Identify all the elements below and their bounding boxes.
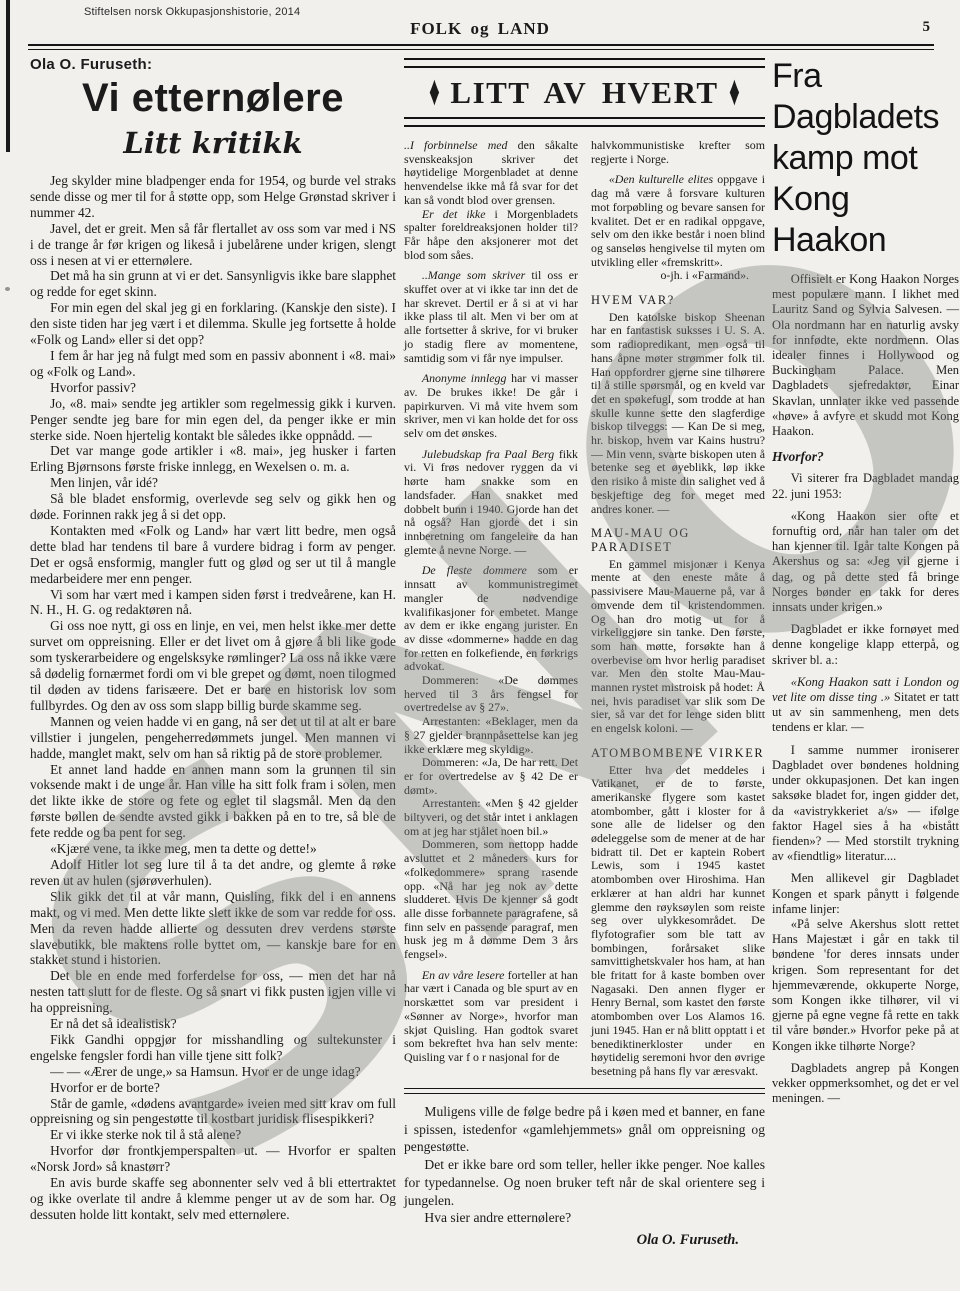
paragraph: Står de gamle, «dødens avantgarde» iveie… bbox=[30, 1096, 396, 1128]
paragraph: MAU-MAU OG PARADISET bbox=[591, 527, 765, 554]
paragraph: Hvorfor er de borte? bbox=[30, 1080, 396, 1096]
paragraph-text: For min egen del skal jeg gi en forklari… bbox=[30, 300, 396, 347]
paragraph: En av våre lesere forteller at han har v… bbox=[404, 969, 578, 1065]
footer-divider-rule bbox=[404, 1088, 765, 1094]
left-article-paragraphs: Jeg skylder mine bladpenger enda for 195… bbox=[30, 173, 396, 1223]
paragraph: Den katolske biskop Sheenan har en fanta… bbox=[591, 311, 765, 517]
paragraph-text: Hvorfor dør frontkjemperspalten ut. — Hv… bbox=[30, 1143, 396, 1174]
paragraph-lead: ..Mange som skriver bbox=[422, 268, 525, 282]
paragraph: Dommeren: «De dømmes herved til 3 års fe… bbox=[404, 674, 578, 715]
paragraph-text: ATOMBOMBENE VIRKER bbox=[591, 746, 764, 760]
paragraph: Kontakten med «Folk og Land» har vært li… bbox=[30, 523, 396, 587]
paragraph-text: oppgave i dag må være å forsvare kulture… bbox=[591, 172, 765, 268]
paragraph: o-jh. i «Farmand». bbox=[591, 269, 765, 283]
paragraph-text: Arrestanten: «Beklager, men da § 27 gjel… bbox=[404, 714, 578, 755]
paragraph-lead: «Den kulturelle elites bbox=[609, 172, 713, 186]
paragraph: Men linjen, vår idé? bbox=[30, 475, 396, 491]
paragraph: Arrestanten: «Beklager, men da § 27 gjel… bbox=[404, 715, 578, 756]
paragraph-text: Gi oss noe nytt, gi oss en linje, en vei… bbox=[30, 618, 396, 713]
paragraph: Så ble bladet ensformig, overlevde seg s… bbox=[30, 491, 396, 523]
paragraph-text: Står de gamle, «dødens avantgarde» iveie… bbox=[30, 1096, 396, 1127]
paragraph: Mannen og veien hadde vi en gang, nå ser… bbox=[30, 714, 396, 762]
paragraph: Fikk Gandhi oppgjør for misshandling og … bbox=[30, 1032, 396, 1064]
paragraph: Dommeren: «Ja, De har rett. Det er for o… bbox=[404, 756, 578, 797]
paragraph: «Den kulturelle elites oppgave i dag må … bbox=[591, 173, 765, 269]
paragraph: Arrestanten: «Men § 42 gjelder biltyveri… bbox=[404, 797, 578, 838]
paragraph-text: Dommeren: «De dømmes herved til 3 års fe… bbox=[404, 673, 578, 714]
paragraph: Er nå det så idealistisk? bbox=[30, 1016, 396, 1032]
paragraph: «Kong Haakon sier ofte et fornuftig ord,… bbox=[772, 509, 959, 615]
paragraph-text: Er vi ikke sterke nok til å stå alene? bbox=[50, 1127, 241, 1142]
paragraph: Javel, det er greit. Men så får flertall… bbox=[30, 221, 396, 269]
paragraph-text: Dommeren, som nettopp hadde avsluttet et… bbox=[404, 837, 578, 961]
article-byline: Ola O. Furuseth: bbox=[30, 56, 396, 73]
paragraph-text: fikk vi. Vi frøs nedover ryggen da vi hø… bbox=[404, 447, 578, 557]
page-number: 5 bbox=[923, 19, 931, 36]
paragraph: ATOMBOMBENE VIRKER bbox=[591, 747, 765, 761]
article-subtitle: Litt kritikk bbox=[30, 127, 396, 160]
paragraph-text: «På selve Akershus slott rettet Hans Maj… bbox=[772, 917, 959, 1053]
paragraph: Hva sier andre etternølere? bbox=[404, 1209, 765, 1227]
paragraph-text: En gammel misjonær i Kenya mente at den … bbox=[591, 557, 765, 735]
paragraph-text: HVEM VAR? bbox=[591, 293, 675, 307]
paragraph-text: Det er ikke bare ord som teller, heller … bbox=[404, 1157, 765, 1208]
paragraph: Slik gikk det til at vår mann, Quisling,… bbox=[30, 889, 396, 969]
paragraph-text: Vi siterer fra Dagbladet mandag 22. juni… bbox=[772, 471, 959, 500]
paragraph: Det må ha sin grunn at vi er det. Sansyn… bbox=[30, 268, 396, 300]
paragraph-lead: De fleste dommere bbox=[422, 563, 527, 577]
paragraph: En avis burde skaffe seg abonnenter selv… bbox=[30, 1175, 396, 1223]
paragraph-text: forteller at han har vært i Canada og bl… bbox=[404, 968, 578, 1064]
paragraph: «Kong Haakon satt i London og vet lite o… bbox=[772, 675, 959, 736]
paragraph-text: Men linjen, vår idé? bbox=[50, 475, 158, 490]
paragraph-text: Et annet land hadde en annen mann som la… bbox=[30, 762, 396, 841]
paragraph-text: Hvorfor passiv? bbox=[50, 380, 136, 395]
litt-av-hvert-section: ♦ LITT AV HVERT ♦ ..I forbinnelse med de… bbox=[404, 58, 765, 1249]
paragraph: Anonyme innlegg har vi masser av. De bru… bbox=[404, 372, 578, 441]
paragraph-text: Den katolske biskop Sheenan har en fanta… bbox=[591, 310, 765, 516]
litt-av-hvert-columns: ..I forbinnelse med den såkalte svenskea… bbox=[404, 139, 765, 1079]
paragraph: For min egen del skal jeg gi en forklari… bbox=[30, 300, 396, 348]
paragraph: Etter hva det meddeles i Vatikanet, er d… bbox=[591, 764, 765, 1079]
paragraph-text: Jo, «8. mai» sendte jeg artikler som reg… bbox=[30, 396, 396, 443]
paragraph: Er vi ikke sterke nok til å stå alene? bbox=[30, 1127, 396, 1143]
author-signature: Ola O. Furuseth. bbox=[404, 1232, 765, 1249]
paragraph-text: Så ble bladet ensformig, overlevde seg s… bbox=[30, 491, 396, 522]
paragraph-text: Hvorfor er de borte? bbox=[50, 1080, 160, 1095]
paragraph: Det ble en ende med forferdelse for oss,… bbox=[30, 968, 396, 1016]
paragraph: I samme nummer ironiserer Dagbladet over… bbox=[772, 743, 959, 865]
paragraph: — — «Ærer de unge,» sa Hamsun. Hvor er d… bbox=[30, 1064, 396, 1080]
paragraph: Et annet land hadde en annen mann som la… bbox=[30, 762, 396, 842]
paragraph: En gammel misjonær i Kenya mente at den … bbox=[591, 558, 765, 736]
paragraph-text: til oss er skuffet over at vi ikke tar i… bbox=[404, 268, 578, 364]
paragraph: Det var mange gode artikler i «8. mai», … bbox=[30, 443, 396, 475]
paragraph-lead: ..I forbinnelse med bbox=[404, 138, 508, 152]
litt-av-hvert-col2: halvkommunistiske krefter som regjerte i… bbox=[591, 139, 765, 1079]
paragraph: Muligens ville de følge bedre på i køen … bbox=[404, 1103, 765, 1156]
paragraph-text: Det må ha sin grunn at vi er det. Sansyn… bbox=[30, 268, 396, 299]
paragraph: ..I forbinnelse med den såkalte svenskea… bbox=[404, 139, 578, 208]
right-article-title: Fra Dagbladets kamp mot Kong Haakon bbox=[772, 56, 959, 261]
section-title: LITT AV HVERT bbox=[450, 75, 718, 111]
paragraph-text: Dagbladets angrep på Kongen vekker oppme… bbox=[772, 1061, 959, 1105]
paragraph-text: Er nå det så idealistisk? bbox=[50, 1016, 176, 1031]
paragraph-lead: Anonyme innlegg bbox=[422, 371, 507, 385]
paragraph-text: Dagbladet er ikke fornøyet med denne kon… bbox=[772, 622, 959, 666]
paragraph: Vi siterer fra Dagbladet mandag 22. juni… bbox=[772, 471, 959, 501]
paragraph-text: Javel, det er greit. Men så får flertall… bbox=[30, 221, 396, 268]
paragraph-text: Jeg skylder mine bladpenger enda for 195… bbox=[30, 173, 396, 220]
paragraph: Dagbladet er ikke fornøyet med denne kon… bbox=[772, 622, 959, 668]
paragraph-text: Muligens ville de følge bedre på i køen … bbox=[404, 1104, 765, 1155]
paragraph-text: «Kong Haakon sier ofte et fornuftig ord,… bbox=[772, 509, 959, 614]
section-rule-bottom bbox=[404, 117, 765, 127]
paragraph: Hvorfor? bbox=[772, 449, 959, 464]
paragraph: Det er ikke bare ord som teller, heller … bbox=[404, 1156, 765, 1209]
paragraph-text: Hvorfor? bbox=[772, 449, 824, 464]
paragraph-text: En avis burde skaffe seg abonnenter selv… bbox=[30, 1175, 396, 1222]
header-rule bbox=[28, 44, 934, 50]
paragraph: Men allikevel gir Dagbladet Kongen et sp… bbox=[772, 871, 959, 917]
paragraph-text: MAU-MAU OG PARADISET bbox=[591, 526, 690, 554]
newspaper-page: Stiftelsen norsk Okkupasjonshistorie, 20… bbox=[0, 0, 960, 1291]
paragraph: Dagbladets angrep på Kongen vekker oppme… bbox=[772, 1061, 959, 1107]
paragraph-text: Fikk Gandhi oppgjør for misshandling og … bbox=[30, 1032, 396, 1063]
right-article-paragraphs: Offisielt er Kong Haakon Norges mest pop… bbox=[772, 272, 959, 1106]
paragraph: «Kjære vene, ta ikke meg, men ta dette o… bbox=[30, 841, 396, 857]
paragraph: De fleste dommere som er innsatt av komm… bbox=[404, 564, 578, 674]
paragraph-text: Etter hva det meddeles i Vatikanet, er d… bbox=[591, 763, 765, 1078]
paragraph-text: Adolf Hitler lot seg lure til å ta det a… bbox=[30, 857, 396, 888]
paragraph: Hvorfor passiv? bbox=[30, 380, 396, 396]
diamond-icon: ♦ bbox=[729, 69, 740, 117]
paragraph-text: Mannen og veien hadde vi en gang, nå ser… bbox=[30, 714, 396, 761]
paragraph: Vi som har vært med i kampen siden først… bbox=[30, 587, 396, 619]
paragraph: Er det ikke i Morgenbladets spalter fore… bbox=[404, 208, 578, 263]
right-article: Fra Dagbladets kamp mot Kong Haakon Offi… bbox=[772, 56, 959, 1106]
paragraph: Offisielt er Kong Haakon Norges mest pop… bbox=[772, 272, 959, 439]
section-rule-top bbox=[404, 58, 765, 68]
paragraph: I fem år har jeg nå fulgt med som en pas… bbox=[30, 348, 396, 380]
litt-av-hvert-col1: ..I forbinnelse med den såkalte svenskea… bbox=[404, 139, 578, 1079]
paragraph: Jo, «8. mai» sendte jeg artikler som reg… bbox=[30, 396, 396, 444]
paragraph-lead: Julebudskap fra Paal Berg bbox=[422, 447, 554, 461]
paragraph-text: Men allikevel gir Dagbladet Kongen et sp… bbox=[772, 871, 959, 915]
paragraph: Dommeren, som nettopp hadde avsluttet et… bbox=[404, 838, 578, 961]
paragraph-text: Kontakten med «Folk og Land» har vært li… bbox=[30, 523, 396, 586]
paragraph-text: «Kjære vene, ta ikke meg, men ta dette o… bbox=[50, 841, 317, 856]
paragraph-text: — — «Ærer de unge,» sa Hamsun. Hvor er d… bbox=[50, 1064, 361, 1079]
paragraph: Jeg skylder mine bladpenger enda for 195… bbox=[30, 173, 396, 221]
paragraph-text: I fem år har jeg nå fulgt med som en pas… bbox=[30, 348, 396, 379]
paragraph-text: o-jh. i «Farmand». bbox=[660, 268, 749, 282]
paragraph-lead: En av våre lesere bbox=[422, 968, 505, 982]
paragraph-text: Dommeren: «Ja, De har rett. Det er for o… bbox=[404, 755, 578, 796]
paragraph-text: Slik gikk det til at vår mann, Quisling,… bbox=[30, 889, 396, 968]
diamond-icon: ♦ bbox=[429, 69, 440, 117]
article-footer-paragraphs: Muligens ville de følge bedre på i køen … bbox=[404, 1103, 765, 1228]
paragraph: halvkommunistiske krefter som regjerte i… bbox=[591, 139, 765, 166]
paragraph-text: I samme nummer ironiserer Dagbladet over… bbox=[772, 743, 959, 863]
paragraph-text: som er innsatt av kommunistregimet mangl… bbox=[404, 563, 578, 673]
paragraph-lead: Er det ikke bbox=[422, 207, 486, 221]
paragraph-text: Hva sier andre etternølere? bbox=[424, 1210, 571, 1225]
paragraph-text: halvkommunistiske krefter som regjerte i… bbox=[591, 138, 765, 166]
paragraph: HVEM VAR? bbox=[591, 294, 765, 308]
paragraph: «På selve Akershus slott rettet Hans Maj… bbox=[772, 917, 959, 1054]
paragraph: Adolf Hitler lot seg lure til å ta det a… bbox=[30, 857, 396, 889]
paragraph-text: Det var mange gode artikler i «8. mai», … bbox=[30, 443, 396, 474]
masthead-title: FOLK og LAND bbox=[0, 19, 960, 39]
left-article: Ola O. Furuseth: Vi etternølere Litt kri… bbox=[30, 56, 396, 1223]
paragraph-text: Vi som har vært med i kampen siden først… bbox=[30, 587, 396, 618]
litt-av-hvert-header: ♦ LITT AV HVERT ♦ bbox=[404, 68, 765, 117]
paragraph: ..Mange som skriver til oss er skuffet o… bbox=[404, 269, 578, 365]
paragraph-text: Offisielt er Kong Haakon Norges mest pop… bbox=[772, 272, 959, 438]
paragraph-text: Arrestanten: «Men § 42 gjelder biltyveri… bbox=[404, 796, 578, 837]
paragraph-text: Det ble en ende med forferdelse for oss,… bbox=[30, 968, 396, 1015]
paragraph: Julebudskap fra Paal Berg fikk vi. Vi fr… bbox=[404, 448, 578, 558]
paragraph: Hvorfor dør frontkjemperspalten ut. — Hv… bbox=[30, 1143, 396, 1175]
paragraph: Gi oss noe nytt, gi oss en linje, en vei… bbox=[30, 618, 396, 713]
article-title: Vi etternølere bbox=[30, 76, 396, 120]
scan-credit: Stiftelsen norsk Okkupasjonshistorie, 20… bbox=[84, 6, 300, 18]
scan-speck-artifact bbox=[5, 287, 10, 291]
